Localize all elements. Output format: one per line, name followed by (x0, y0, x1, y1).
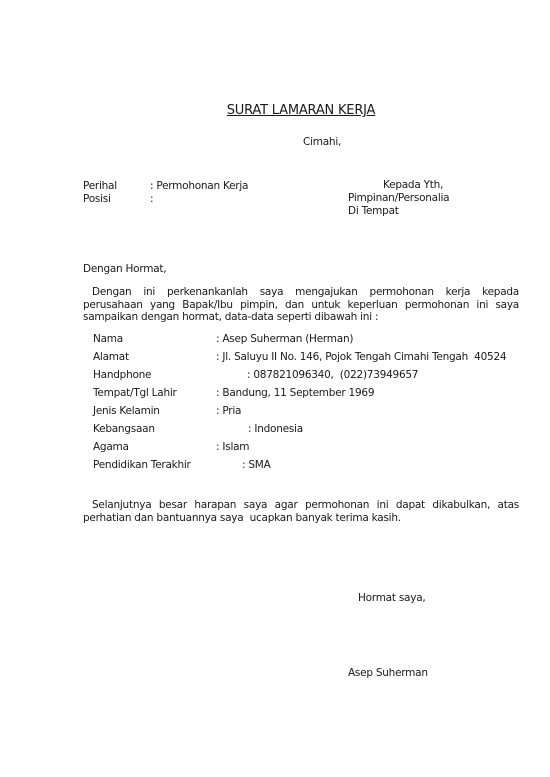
closing-paragraph-line: perhatian dan bantuannya saya ucapkan ba… (83, 512, 519, 525)
recipient-kepada: Kepada Yth, (383, 179, 443, 192)
signature-closing: Hormat saya, (358, 592, 425, 605)
field-row-tempat-tgl-lahir: Tempat/Tgl Lahir : Bandung, 11 September… (0, 387, 550, 401)
posisi-label: Posisi (83, 193, 111, 206)
field-label: Pendidikan Terakhir (93, 459, 191, 472)
opening-paragraph-line: perusahaan yang Bapak/Ibu pimpin, dan un… (83, 299, 519, 312)
field-row-agama: Agama : Islam (0, 441, 550, 455)
field-value: : Pria (216, 405, 241, 418)
closing-paragraph: Selanjutnya besar harapan saya agar perm… (83, 499, 519, 524)
field-value: : Asep Suherman (Herman) (216, 333, 353, 346)
city-date-line: Cimahi, (303, 136, 341, 149)
posisi-colon: : (150, 193, 153, 206)
field-value: : Islam (216, 441, 249, 454)
closing-paragraph-line: Selanjutnya besar harapan saya agar perm… (83, 499, 519, 512)
field-row-alamat: Alamat : Jl. Saluyu II No. 146, Pojok Te… (0, 351, 550, 365)
field-row-kebangsaan: Kebangsaan : Indonesia (0, 423, 550, 437)
field-row-pendidikan-terakhir: Pendidikan Terakhir : SMA (0, 459, 550, 473)
field-value: : Jl. Saluyu II No. 146, Pojok Tengah Ci… (216, 351, 506, 364)
field-label: Jenis Kelamin (93, 405, 160, 418)
field-value: : SMA (242, 459, 271, 472)
perihal-label: Perihal (83, 180, 117, 193)
salutation: Dengan Hormat, (83, 263, 166, 276)
perihal-value: : Permohonan Kerja (150, 180, 248, 193)
field-label: Agama (93, 441, 129, 454)
field-label: Handphone (93, 369, 151, 382)
field-value: : Indonesia (248, 423, 303, 436)
field-label: Alamat (93, 351, 129, 364)
recipient-location: Di Tempat (348, 205, 399, 218)
field-row-jenis-kelamin: Jenis Kelamin : Pria (0, 405, 550, 419)
opening-paragraph-line: Dengan ini perkenankanlah saya mengajuka… (83, 286, 519, 299)
opening-paragraph: Dengan ini perkenankanlah saya mengajuka… (83, 286, 519, 324)
field-label: Tempat/Tgl Lahir (93, 387, 177, 400)
field-label: Kebangsaan (93, 423, 155, 436)
document-title: SURAT LAMARAN KERJA (83, 103, 519, 118)
document-page: SURAT LAMARAN KERJA Cimahi, Perihal : Pe… (0, 0, 550, 777)
field-value: : 087821096340, (022)73949657 (247, 369, 418, 382)
recipient-title: Pimpinan/Personalia (348, 192, 449, 205)
field-row-handphone: Handphone : 087821096340, (022)73949657 (0, 369, 550, 383)
opening-paragraph-line: sampaikan dengan hormat, data-data seper… (83, 311, 519, 324)
field-value: : Bandung, 11 September 1969 (216, 387, 374, 400)
signature-name: Asep Suherman (348, 667, 428, 680)
field-label: Nama (93, 333, 123, 346)
field-row-nama: Nama : Asep Suherman (Herman) (0, 333, 550, 347)
